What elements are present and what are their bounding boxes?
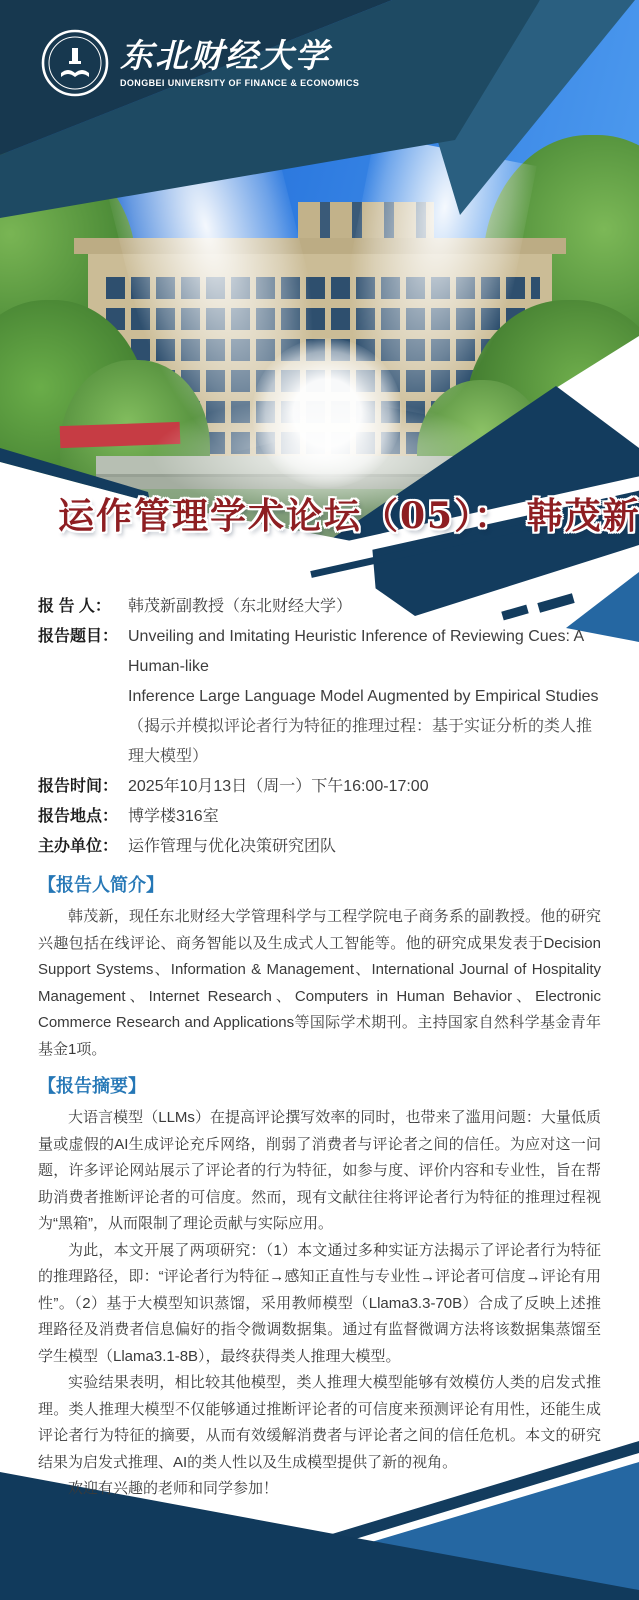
topic-cn: （揭示并模拟评论者行为特征的推理过程：基于实证分析的类人推理大模型） — [128, 712, 601, 772]
speaker-value: 韩茂新副教授（东北财经大学） — [128, 592, 352, 622]
organizer-value: 运作管理与优化决策研究团队 — [128, 832, 336, 862]
venue-value: 博学楼316室 — [128, 802, 219, 832]
seminar-poster: 东北财经大学 DONGBEI UNIVERSITY OF FINANCE & E… — [0, 0, 639, 1600]
speaker-label: 报 告 人： — [38, 592, 128, 622]
abstract-heading: 【报告摘要】 — [38, 1073, 601, 1099]
detail-row-speaker: 报 告 人： 韩茂新副教授（东北财经大学） — [38, 592, 601, 622]
venue-label: 报告地点： — [38, 802, 128, 832]
abstract-paragraph: 实验结果表明，相比较其他模型，类人推理大模型能够有效模仿人类的启发式推理。类人推… — [38, 1370, 601, 1476]
abstract-paragraph: 大语言模型（LLMs）在提高评论撰写效率的同时，也带来了滥用问题：大量低质量或虚… — [38, 1105, 601, 1238]
abstract-paragraph: 为此，本文开展了两项研究：（1）本文通过多种实证方法揭示了评论者行为特征的推理路… — [38, 1238, 601, 1371]
topic-en-line2: Inference Large Language Model Augmented… — [128, 682, 601, 712]
bio-paragraph: 韩茂新，现任东北财经大学管理科学与工程学院电子商务系的副教授。他的研究兴趣包括在… — [38, 904, 601, 1063]
poster-body: 报 告 人： 韩茂新副教授（东北财经大学） 报告题目： Unveiling an… — [0, 0, 639, 1503]
detail-row-venue: 报告地点： 博学楼316室 — [38, 802, 601, 832]
topic-value: Unveiling and Imitating Heuristic Infere… — [128, 622, 601, 772]
detail-row-time: 报告时间： 2025年10月13日（周一）下午16:00-17:00 — [38, 772, 601, 802]
time-label: 报告时间： — [38, 772, 128, 802]
bio-heading: 【报告人简介】 — [38, 872, 601, 898]
topic-label: 报告题目： — [38, 622, 128, 652]
topic-en-line1: Unveiling and Imitating Heuristic Infere… — [128, 622, 601, 682]
detail-row-organizer: 主办单位： 运作管理与优化决策研究团队 — [38, 832, 601, 862]
organizer-label: 主办单位： — [38, 832, 128, 862]
detail-row-topic: 报告题目： Unveiling and Imitating Heuristic … — [38, 622, 601, 772]
abstract-closing: 欢迎有兴趣的老师和同学参加！ — [38, 1476, 601, 1503]
time-value: 2025年10月13日（周一）下午16:00-17:00 — [128, 772, 429, 802]
